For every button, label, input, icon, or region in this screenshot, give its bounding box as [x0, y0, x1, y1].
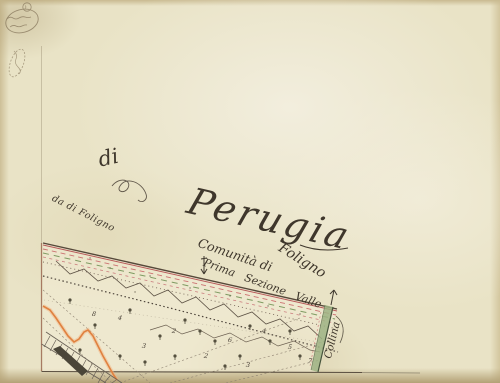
oval-stamp-icon: [3, 3, 41, 37]
calligraphy-flourish: [112, 180, 146, 202]
small-oval-stamp-icon: [6, 47, 28, 79]
map-sheet: di Perugia Comunità di Foligno Prima Sez…: [0, 0, 500, 383]
arrow-mark-icon: [330, 290, 337, 305]
